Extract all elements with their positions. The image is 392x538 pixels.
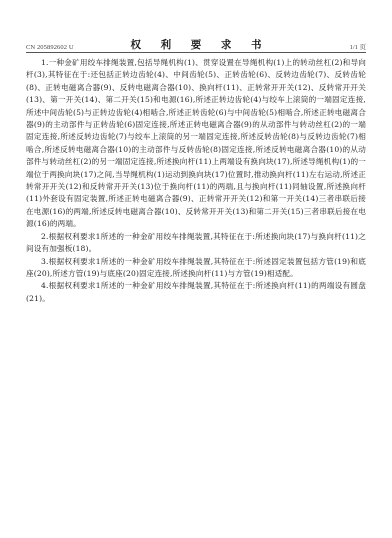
page-title: 权 利 要 求 书: [26, 37, 366, 52]
claim-4: 4.根据权利要求1所述的一种金矿用绞车排绳装置,其特征在于:所述换向杆(11)的…: [26, 280, 366, 305]
page-header: CN 205892602 U 权 利 要 求 书 1/1 页: [26, 38, 366, 52]
claim-2: 2.根据权利要求1所述的一种金矿用绞车排绳装置,其特征在于:所述换向块(17)与…: [26, 231, 366, 256]
claim-1: 1.一种金矿用绞车排绳装置,包括导绳机构(1)、贯穿设置在导绳机构(1)上的转动…: [26, 57, 366, 231]
page-number: 1/1 页: [350, 42, 366, 51]
claims-body: 1.一种金矿用绞车排绳装置,包括导绳机构(1)、贯穿设置在导绳机构(1)上的转动…: [26, 57, 366, 305]
claim-3: 3.根据权利要求1所述的一种金矿用绞车排绳装置,其特征在于:所述固定装置包括方管…: [26, 256, 366, 281]
header-divider: [26, 52, 366, 53]
